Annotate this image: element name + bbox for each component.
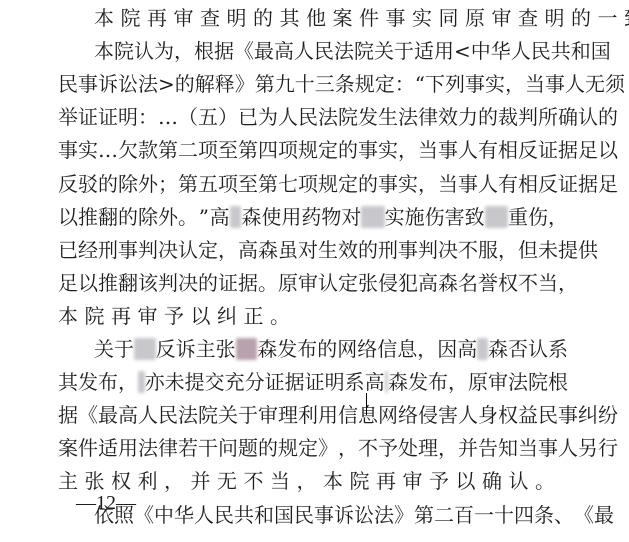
document-line: 关于反诉主张森发布的网络信息，因高森否认系 [94, 334, 568, 364]
document-line: 依照《中华人民共和国民事诉讼法》第二百一十四条、《最 [94, 500, 568, 530]
redacted-name [138, 371, 145, 393]
document-line: 本院再审查明的其他案件事实同原审查明的一致。 [94, 3, 568, 33]
document-line: 举证证明：…（五）已为人民法院发生法律效力的裁判所确认的 [58, 102, 568, 132]
document-line: 已经刑事判决认定，高森虽对生效的刑事判决不服，但未提供 [58, 235, 568, 265]
document-line: 民事诉讼法>的解释》第九十三条规定：“下列事实，当事人无须 [58, 69, 568, 99]
redacted-name [134, 338, 156, 360]
redacted-name [477, 338, 488, 360]
redacted-name [361, 206, 384, 228]
page-number: —12— [76, 492, 136, 515]
redacted-name [485, 206, 508, 228]
document-line: 本院认为，根据《最高人民法院关于适用<中华人民共和国 [94, 36, 568, 66]
redacted-name [385, 371, 388, 393]
document-line: 足以推翻该判决的证据。原审认定张侵犯高森名誉权不当， [58, 268, 568, 298]
document-line: 以推翻的除外。”高森使用药物对实施伤害致重伤， [58, 202, 568, 232]
text-cursor [366, 393, 367, 415]
document-line: 反驳的除外；第五项至第七项规定的事实，当事人有相反证据足 [58, 169, 568, 199]
document-line: 其发布，亦未提交充分证据证明系高森发布，原审法院根 [58, 367, 568, 397]
document-page: 本院再审查明的其他案件事实同原审查明的一致。本院认为，根据《最高人民法院关于适用… [0, 0, 629, 542]
document-line: 案件适用法律若干问题的规定》，不予处理，并告知当事人另行 [58, 433, 568, 463]
document-line: 本院再审予以纠正。 [58, 301, 568, 331]
document-line: 据《最高人民法院关于审理利用信息网络侵害人身权益民事纠纷 [58, 400, 568, 430]
redacted-name [230, 206, 242, 228]
document-line: 事实…欠款第二项至第四项规定的事实，当事人有相反证据足以 [58, 135, 568, 165]
redacted-name [236, 338, 258, 360]
